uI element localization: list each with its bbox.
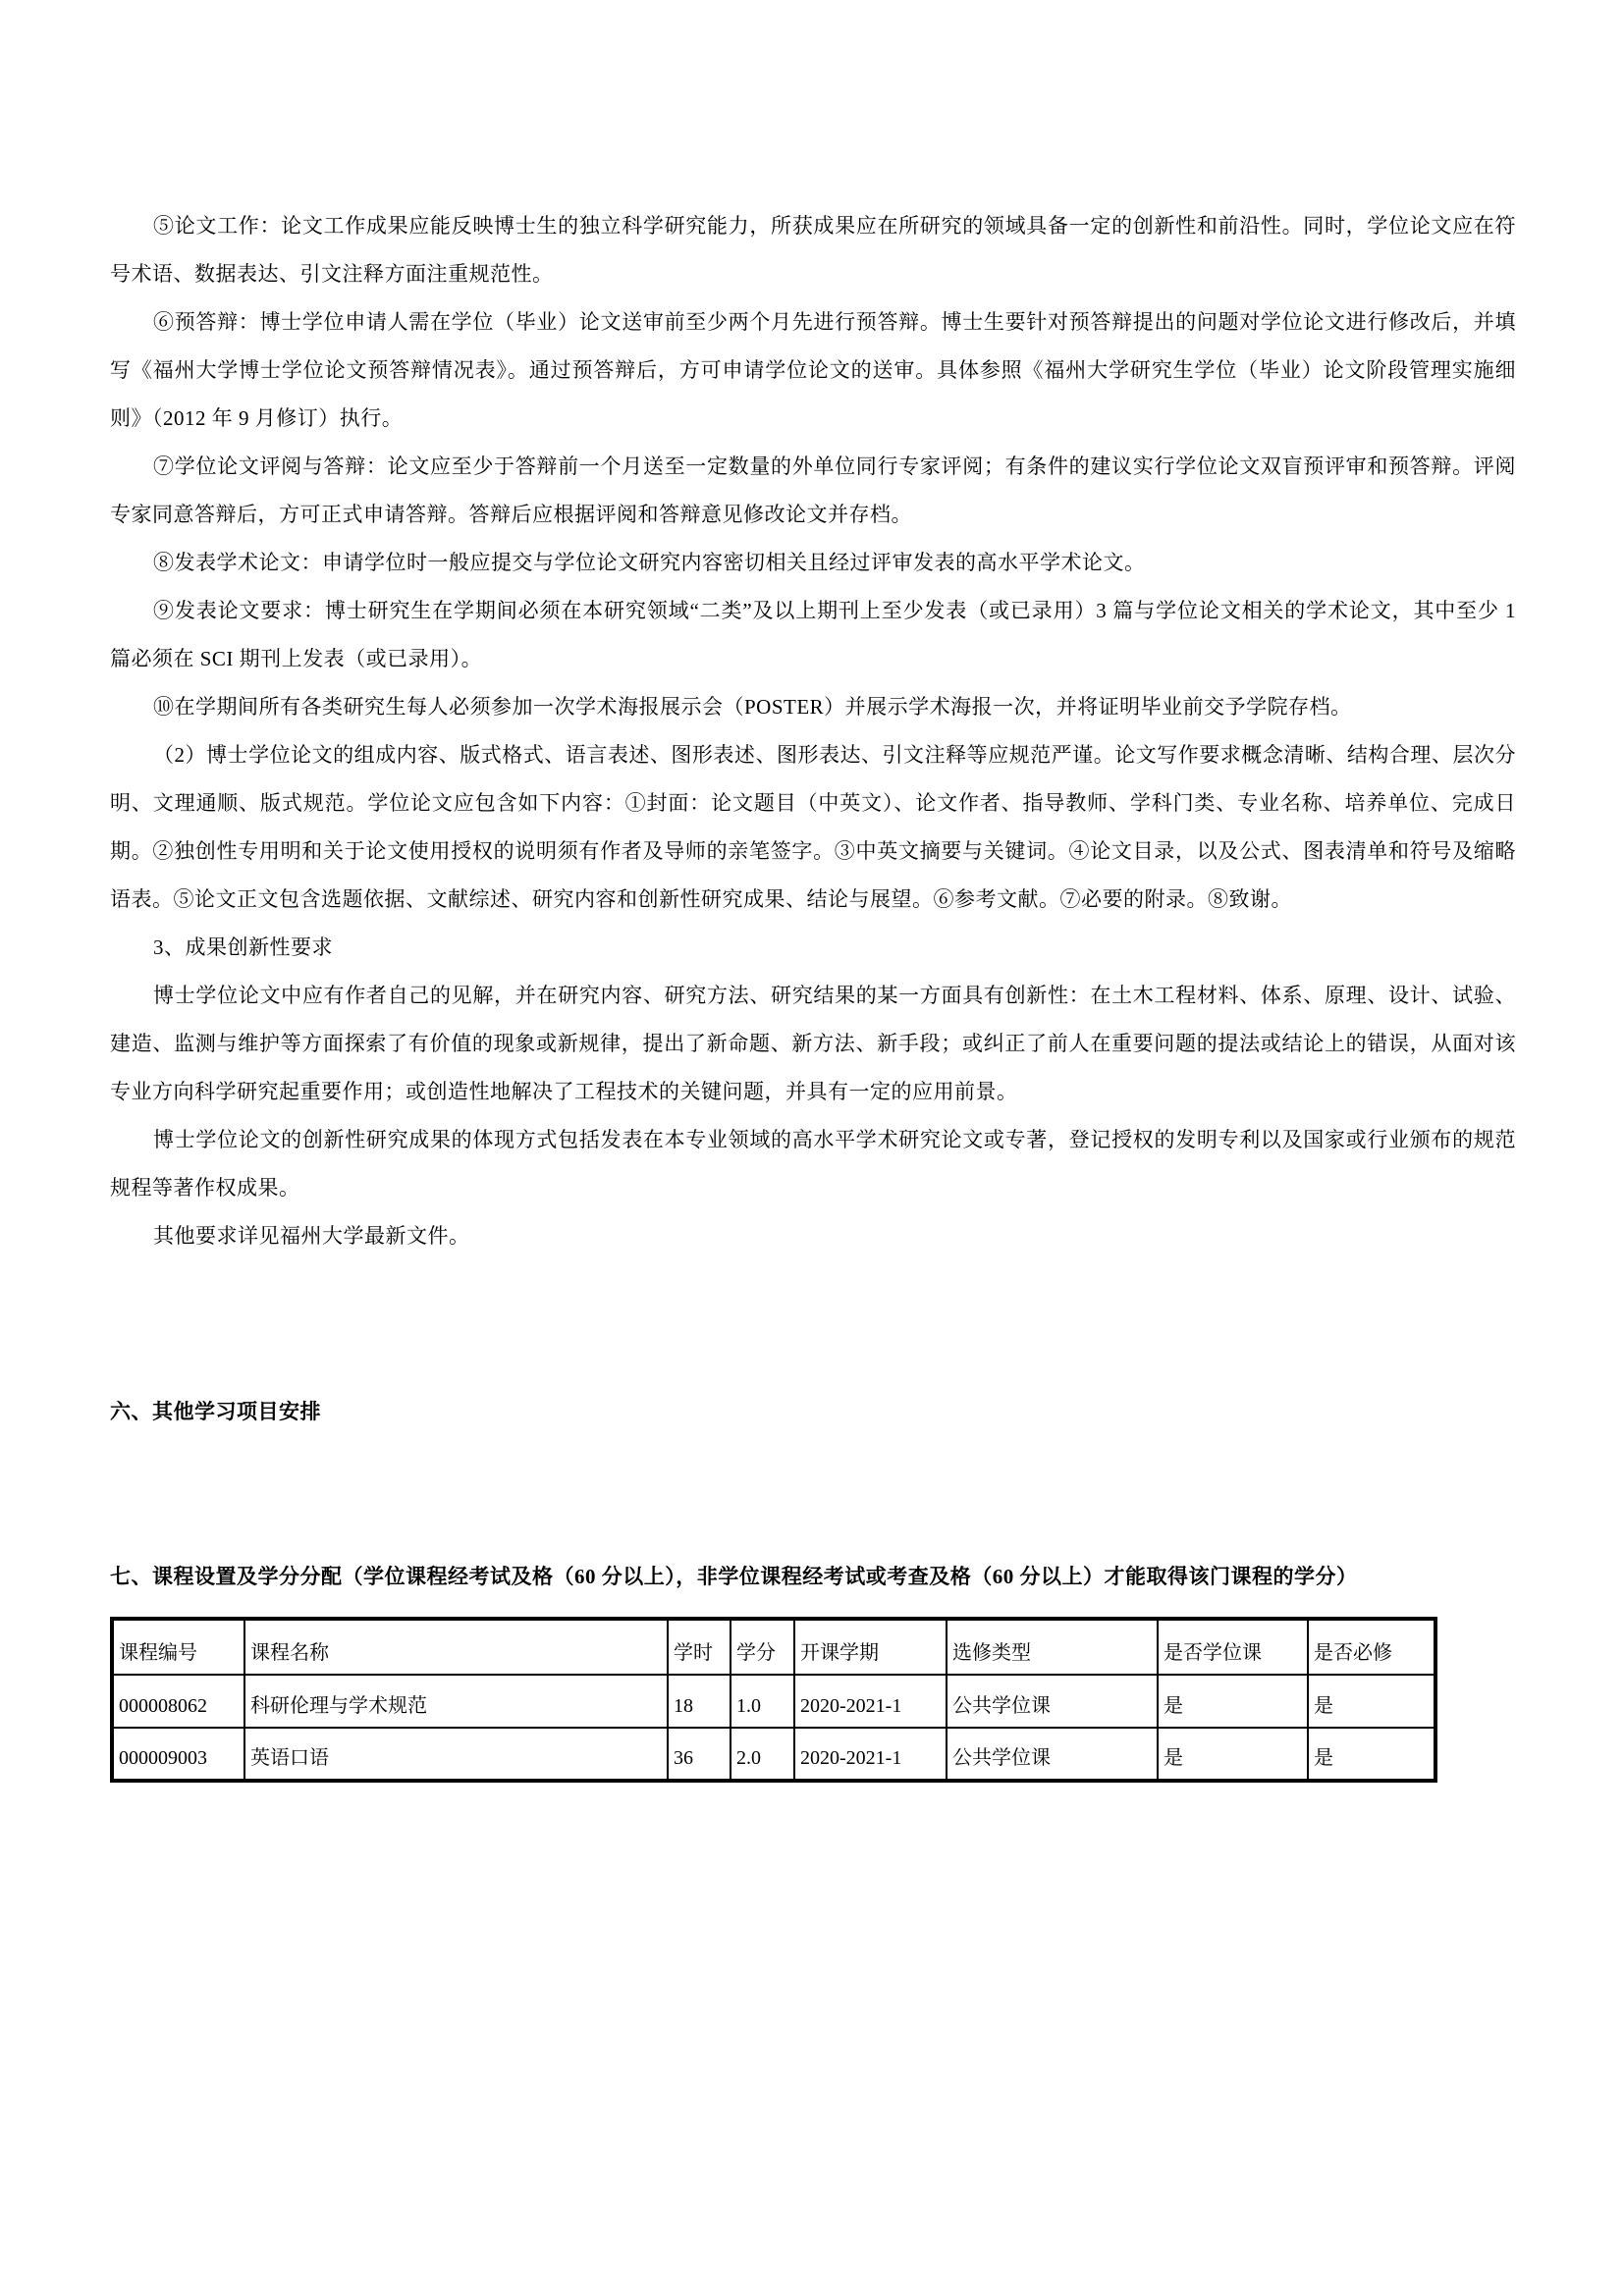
table-cell: 000009003 — [112, 1728, 244, 1781]
table-row: 000008062科研伦理与学术规范181.02020-2021-1公共学位课是… — [112, 1675, 1435, 1728]
column-header: 学时 — [668, 1619, 731, 1675]
table-cell: 18 — [668, 1675, 731, 1728]
paragraph: ⑩在学期间所有各类研究生每人必须参加一次学术海报展示会（POSTER）并展示学术… — [110, 683, 1516, 731]
paragraph: ⑨发表论文要求：博士研究生在学期间必须在本研究领域“二类”及以上期刊上至少发表（… — [110, 587, 1516, 683]
column-header: 课程名称 — [244, 1619, 668, 1675]
table-cell: 2.0 — [731, 1728, 794, 1781]
table-cell: 是 — [1308, 1728, 1435, 1781]
document-body: ⑤论文工作：论文工作成果应能反映博士生的独立科学研究能力，所获成果应在所研究的领… — [110, 202, 1516, 1260]
table-cell: 英语口语 — [244, 1728, 668, 1781]
column-header: 学分 — [731, 1619, 794, 1675]
course-table-head: 课程编号课程名称学时学分开课学期选修类型是否学位课是否必修 — [112, 1619, 1435, 1675]
paragraph: （2）博士学位论文的组成内容、版式格式、语言表述、图形表述、图形表达、引文注释等… — [110, 731, 1516, 924]
paragraph: 博士学位论文的创新性研究成果的体现方式包括发表在本专业领域的高水平学术研究论文或… — [110, 1116, 1516, 1212]
paragraph: ⑤论文工作：论文工作成果应能反映博士生的独立科学研究能力，所获成果应在所研究的领… — [110, 202, 1516, 298]
table-cell: 36 — [668, 1728, 731, 1781]
column-header: 选修类型 — [947, 1619, 1158, 1675]
section-title-other-study-items: 六、其他学习项目安排 — [110, 1388, 1516, 1436]
column-header: 课程编号 — [112, 1619, 244, 1675]
paragraph: 3、成果创新性要求 — [110, 924, 1516, 972]
table-cell: 公共学位课 — [947, 1675, 1158, 1728]
column-header: 是否学位课 — [1158, 1619, 1308, 1675]
table-cell: 是 — [1158, 1728, 1308, 1781]
course-table-body: 000008062科研伦理与学术规范181.02020-2021-1公共学位课是… — [112, 1675, 1435, 1781]
table-cell: 2020-2021-1 — [794, 1728, 947, 1781]
paragraph: ⑧发表学术论文：申请学位时一般应提交与学位论文研究内容密切相关且经过评审发表的高… — [110, 539, 1516, 587]
table-cell: 公共学位课 — [947, 1728, 1158, 1781]
table-cell: 科研伦理与学术规范 — [244, 1675, 668, 1728]
course-table-header-row: 课程编号课程名称学时学分开课学期选修类型是否学位课是否必修 — [112, 1619, 1435, 1675]
paragraph: 其他要求详见福州大学最新文件。 — [110, 1212, 1516, 1260]
column-header: 开课学期 — [794, 1619, 947, 1675]
table-cell: 1.0 — [731, 1675, 794, 1728]
table-row: 000009003英语口语362.02020-2021-1公共学位课是是 — [112, 1728, 1435, 1781]
table-cell: 是 — [1158, 1675, 1308, 1728]
table-cell: 是 — [1308, 1675, 1435, 1728]
course-table: 课程编号课程名称学时学分开课学期选修类型是否学位课是否必修 000008062科… — [110, 1617, 1437, 1783]
table-cell: 000008062 — [112, 1675, 244, 1728]
paragraph: ⑥预答辩：博士学位申请人需在学位（毕业）论文送审前至少两个月先进行预答辩。博士生… — [110, 298, 1516, 443]
paragraph: 博士学位论文中应有作者自己的见解，并在研究内容、研究方法、研究结果的某一方面具有… — [110, 972, 1516, 1116]
document-page: ⑤论文工作：论文工作成果应能反映博士生的独立科学研究能力，所获成果应在所研究的领… — [0, 0, 1624, 2296]
paragraph: ⑦学位论文评阅与答辩：论文应至少于答辩前一个月送至一定数量的外单位同行专家评阅；… — [110, 443, 1516, 539]
column-header: 是否必修 — [1308, 1619, 1435, 1675]
table-cell: 2020-2021-1 — [794, 1675, 947, 1728]
section-title-course-credits: 七、课程设置及学分分配（学位课程经考试及格（60 分以上），非学位课程经考试或考… — [110, 1546, 1516, 1607]
